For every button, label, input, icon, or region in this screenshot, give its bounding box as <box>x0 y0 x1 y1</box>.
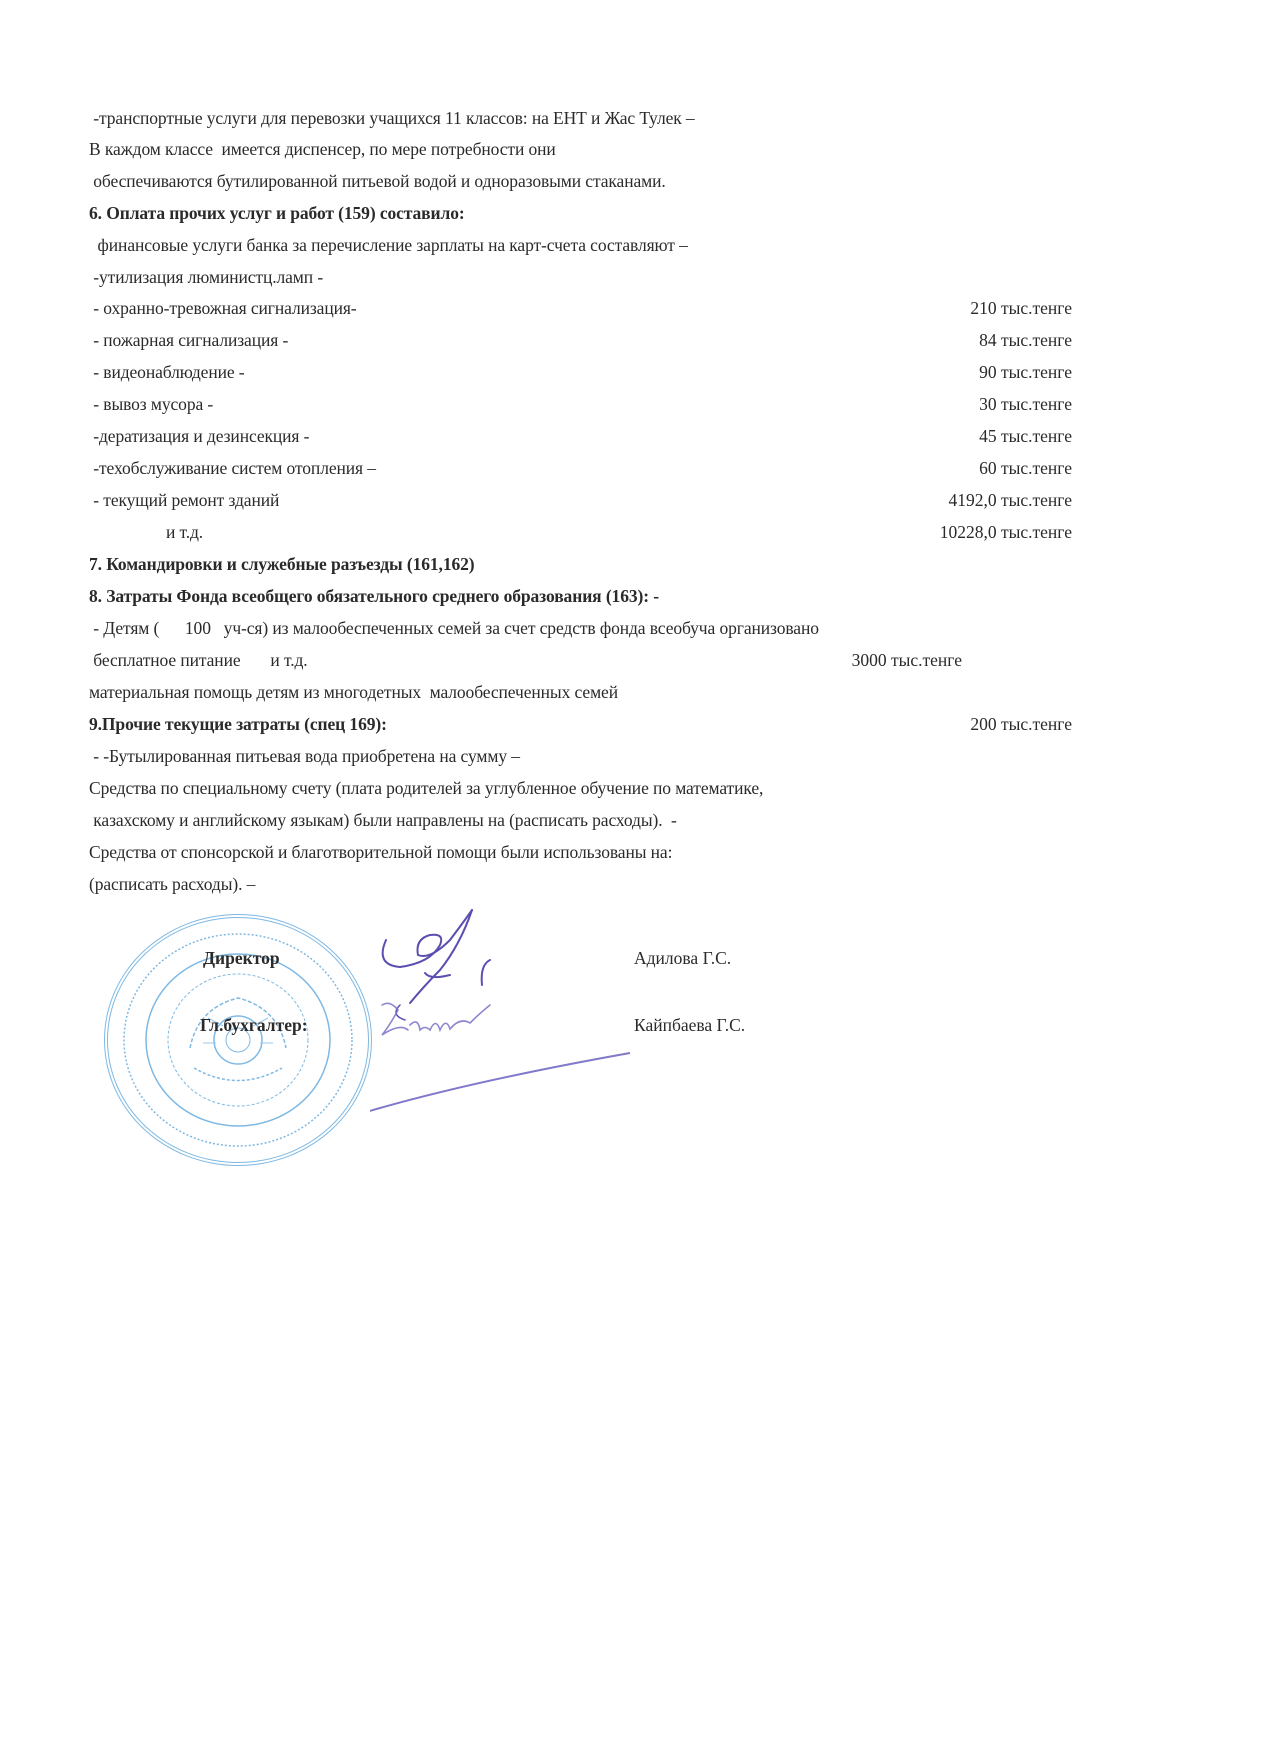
expense-item-label: -техобслуживание систем отопления – <box>89 457 376 479</box>
accountant-label: Гл.бухгалтер: <box>200 1015 308 1036</box>
sponsorship-line: Средства от спонсорской и благотворитель… <box>89 841 672 863</box>
expense-item-label: - охранно-тревожная сигнализация- <box>89 297 357 319</box>
expense-item-label: -дератизация и дезинсекция - <box>89 425 309 447</box>
expense-item-label: - видеонаблюдение - <box>89 361 245 383</box>
expense-item-value: 60 тыс.тенге <box>979 457 1072 479</box>
expense-item-label: - пожарная сигнализация - <box>89 329 288 351</box>
document-page: -транспортные услуги для перевозки учащи… <box>0 0 1276 1755</box>
free-meals-line-2: бесплатное питание и т.д. <box>89 649 308 671</box>
expense-item-value: 30 тыс.тенге <box>979 393 1072 415</box>
expense-item-label: и т.д. <box>89 521 203 543</box>
dispenser-line: В каждом классе имеется диспенсер, по ме… <box>89 138 556 160</box>
bottled-water-line: обеспечиваются бутилированной питьевой в… <box>89 170 666 192</box>
expense-item-label: - вывоз мусора - <box>89 393 213 415</box>
expense-item-value: 210 тыс.тенге <box>970 297 1072 319</box>
section-7-heading: 7. Командировки и служебные разъезды (16… <box>89 553 475 575</box>
expense-item-value: 84 тыс.тенге <box>979 329 1072 351</box>
special-account-line: Средства по специальному счету (плата ро… <box>89 777 763 799</box>
section-9-value: 200 тыс.тенге <box>970 713 1072 735</box>
bank-services-line: финансовые услуги банка за перечисление … <box>89 234 688 256</box>
director-label: Директор <box>203 948 280 969</box>
material-aid-line: материальная помощь детям из многодетных… <box>89 681 618 703</box>
section-6-heading: 6. Оплата прочих услуг и работ (159) сос… <box>89 202 465 224</box>
transport-services-line: -транспортные услуги для перевозки учащи… <box>89 107 695 129</box>
handwritten-signature-icon <box>370 905 670 1125</box>
section-8-heading: 8. Затраты Фонда всеобщего обязательного… <box>89 585 659 607</box>
lamp-disposal-line: -утилизация люминистц.ламп - <box>89 266 323 288</box>
expense-item-label: - текущий ремонт зданий <box>89 489 279 511</box>
bottled-water-purchase-line: - -Бутылированная питьевая вода приобрет… <box>89 745 520 767</box>
expense-item-value: 90 тыс.тенге <box>979 361 1072 383</box>
free-meals-value: 3000 тыс.тенге <box>852 649 962 671</box>
special-account-line-2: казахскому и английскому языкам) были на… <box>89 809 677 831</box>
expense-item-value: 10228,0 тыс.тенге <box>940 521 1072 543</box>
free-meals-line: - Детям ( 100 уч-ся) из малообеспеченных… <box>89 617 819 639</box>
section-9-heading: 9.Прочие текущие затраты (спец 169): <box>89 713 387 735</box>
sponsorship-line-2: (расписать расходы). – <box>89 873 255 895</box>
expense-item-value: 45 тыс.тенге <box>979 425 1072 447</box>
expense-item-value: 4192,0 тыс.тенге <box>948 489 1072 511</box>
